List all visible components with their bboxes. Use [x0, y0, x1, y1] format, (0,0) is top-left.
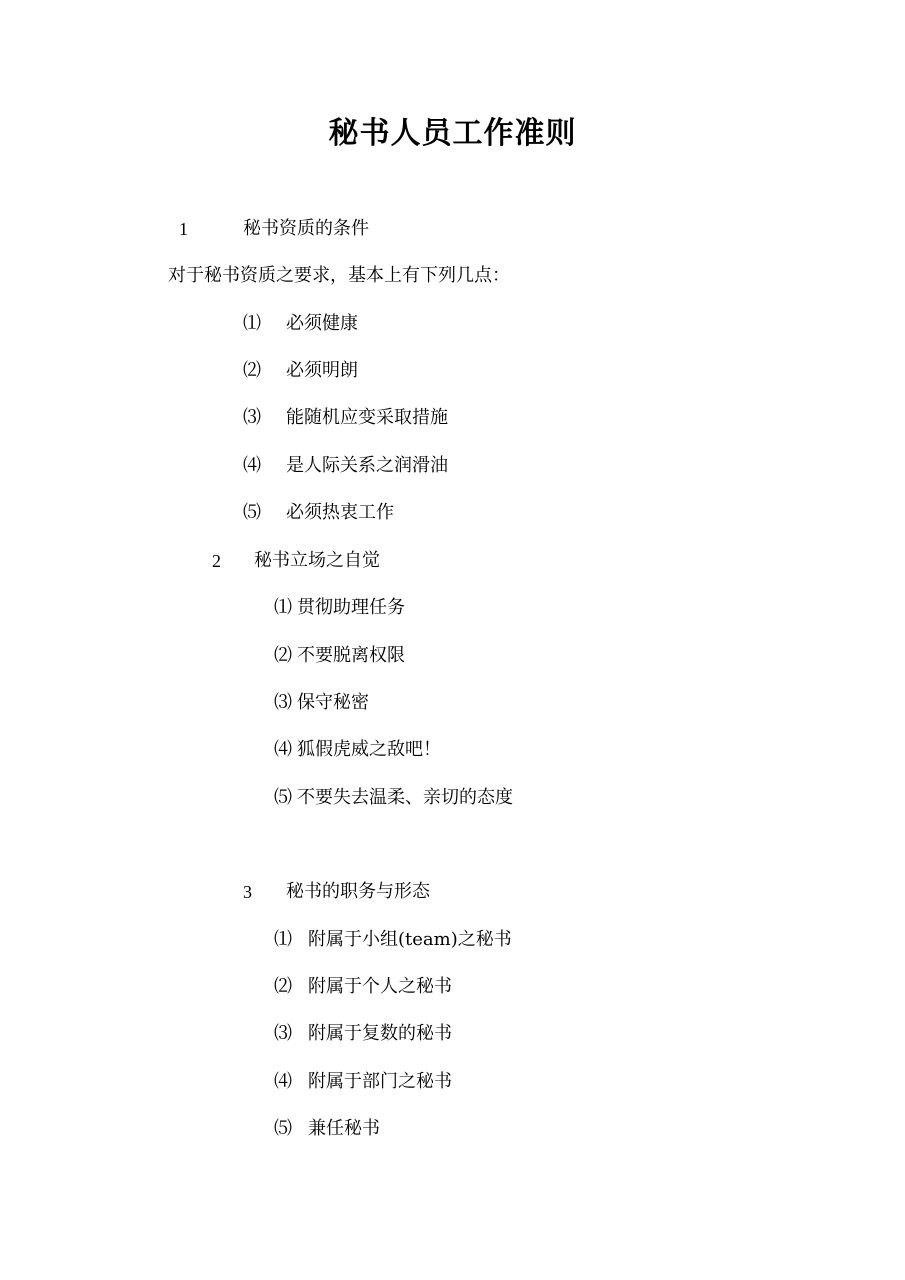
list-item: 保守秘密: [297, 692, 369, 714]
list-item-marker: ⑵: [243, 360, 261, 382]
list-item: 附属于小组(team)之秘书: [308, 929, 512, 951]
section-3-number: 3: [243, 881, 252, 903]
list-item-marker: ⑷: [274, 739, 292, 761]
section-1-heading: 秘书资质的条件: [243, 218, 369, 240]
list-item-marker: ⑴: [274, 929, 292, 951]
list-item: 必须明朗: [286, 360, 358, 382]
list-item-marker: ⑶: [274, 1023, 292, 1045]
section-2-number: 2: [212, 550, 221, 572]
list-item: 附属于部门之秘书: [308, 1071, 452, 1093]
list-item-marker: ⑸: [274, 787, 292, 809]
list-item-marker: ⑶: [243, 407, 261, 429]
section-2-heading: 秘书立场之自觉: [254, 550, 380, 572]
list-item-marker: ⑸: [243, 502, 261, 524]
section-1-intro: 对于秘书资质之要求，基本上有下列几点：: [168, 265, 510, 287]
list-item: 兼任秘书: [308, 1118, 380, 1140]
list-item: 附属于复数的秘书: [308, 1023, 452, 1045]
list-item: 附属于个人之秘书: [308, 976, 452, 998]
document-title: 秘书人员工作准则: [0, 116, 905, 152]
list-item: 狐假虎威之敌吧！: [297, 739, 441, 761]
list-item: 是人际关系之润滑油: [286, 455, 448, 477]
list-item-marker: ⑸: [274, 1118, 292, 1140]
list-item: 不要失去温柔、亲切的态度: [297, 787, 513, 809]
list-item: 不要脱离权限: [297, 645, 405, 667]
list-item: 必须热衷工作: [286, 502, 394, 524]
list-item: 能随机应变采取措施: [286, 407, 448, 429]
section-3-heading: 秘书的职务与形态: [286, 881, 430, 903]
list-item-marker: ⑶: [274, 692, 292, 714]
list-item-marker: ⑵: [274, 645, 292, 667]
list-item-marker: ⑵: [274, 976, 292, 998]
section-1-number: 1: [179, 218, 188, 240]
list-item-marker: ⑷: [274, 1071, 292, 1093]
list-item-marker: ⑴: [274, 597, 292, 619]
list-item: 贯彻助理任务: [297, 597, 405, 619]
list-item: 必须健康: [286, 313, 358, 335]
list-item-marker: ⑷: [243, 455, 261, 477]
list-item-marker: ⑴: [243, 313, 261, 335]
